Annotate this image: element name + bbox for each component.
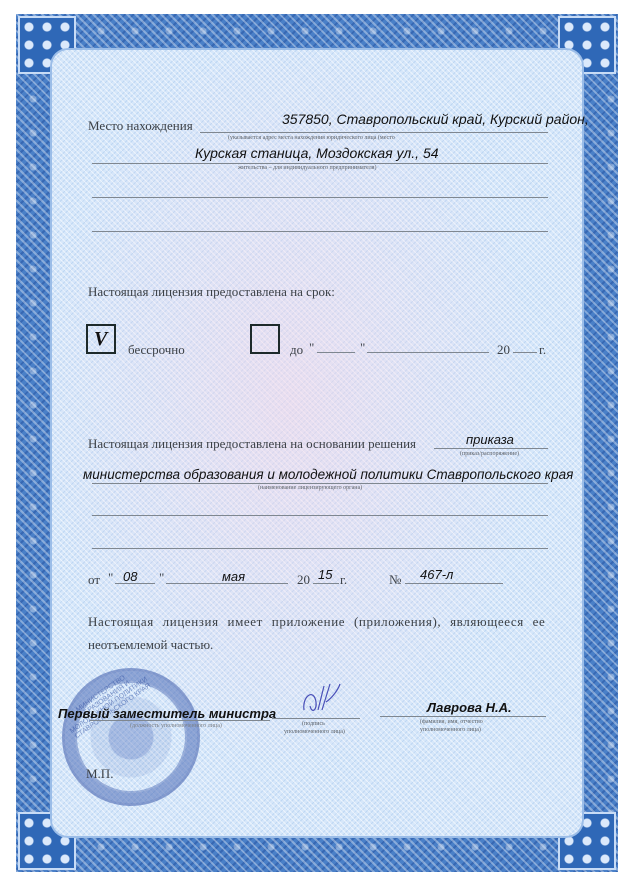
location-label: Место нахождения [88, 118, 193, 134]
location-caption-1: (указывается адрес места нахождения юрид… [228, 135, 395, 141]
license-page: Место нахождения 357850, Ставропольский … [0, 0, 628, 886]
decision-type: приказа [466, 432, 514, 447]
decision-number: 467-л [420, 567, 453, 582]
checkbox-until[interactable] [250, 324, 280, 354]
signature-caption-2: уполномоченного лица) [284, 729, 345, 735]
term-heading: Настоящая лицензия предоставлена на срок… [88, 284, 335, 300]
signatory-name: Лаврова Н.А. [427, 700, 512, 715]
position-caption: (должность уполномоченного лица) [130, 723, 222, 729]
signature-caption-1: (подпись [302, 721, 325, 727]
until-day-field[interactable] [317, 352, 355, 353]
location-value-2: Курская станица, Моздокская ул., 54 [195, 145, 439, 161]
signature-line [272, 718, 360, 719]
location-value-1: 357850, Ставропольский край, Курский рай… [282, 111, 589, 127]
basis-text: Настоящая лицензия предоставлена на осно… [88, 436, 416, 452]
number-sign: № [389, 572, 401, 588]
year-prefix: 20 [297, 572, 310, 588]
checkbox-unlimited[interactable]: V [86, 324, 116, 354]
appendix-note-2: неотъемлемой частью. [88, 637, 213, 653]
quote-open: " [108, 570, 113, 586]
authority-caption: (наименование лицензирующего органа) [258, 485, 362, 491]
licensing-authority: министерства образования и молодежной по… [83, 467, 573, 482]
location-line-2 [92, 163, 548, 164]
date-month: мая [222, 569, 245, 584]
authority-line [92, 483, 548, 484]
location-line-1 [200, 132, 548, 133]
stamp-place-label: М.П. [86, 766, 113, 782]
blank-line [92, 515, 548, 516]
name-caption-1: (фамилия, имя, отчество [420, 719, 483, 725]
check-mark-icon: V [94, 328, 107, 351]
year-suffix: г. [340, 572, 347, 588]
quote-close: " [360, 340, 365, 356]
position-line [90, 720, 270, 721]
signatory-position: Первый заместитель министра [58, 706, 276, 721]
signature-icon [300, 680, 344, 720]
location-caption-2: жительства – для индивидуального предпри… [238, 165, 377, 171]
until-year-suffix: г. [539, 342, 546, 358]
official-stamp-icon: МИНИСТЕРСТВО ОБРАЗОВАНИЯ И МОЛОДЕЖНОЙ ПО… [62, 668, 200, 806]
name-caption-2: уполномоченного лица) [420, 727, 481, 733]
stamp-text: МИНИСТЕРСТВО ОБРАЗОВАНИЯ И МОЛОДЕЖНОЙ ПО… [53, 659, 161, 746]
blank-line [92, 197, 548, 198]
quote-close: " [159, 570, 164, 586]
quote-open: " [309, 340, 314, 356]
date-day: 08 [123, 569, 137, 584]
blank-line [92, 548, 548, 549]
date-year: 15 [318, 567, 332, 582]
until-year-prefix: 20 [497, 342, 510, 358]
name-line [380, 716, 546, 717]
decision-line [434, 448, 548, 449]
appendix-note-1: Настоящая лицензия имеет приложение (при… [88, 614, 545, 630]
number-line [405, 583, 503, 584]
until-month-field[interactable] [367, 352, 489, 353]
date-prefix: от [88, 572, 100, 588]
decision-caption: (приказ/распоряжение) [460, 451, 519, 457]
until-year-field[interactable] [513, 352, 537, 353]
unlimited-label: бессрочно [128, 342, 185, 358]
year-line [313, 583, 339, 584]
blank-line [92, 231, 548, 232]
until-prefix: до [290, 342, 303, 358]
